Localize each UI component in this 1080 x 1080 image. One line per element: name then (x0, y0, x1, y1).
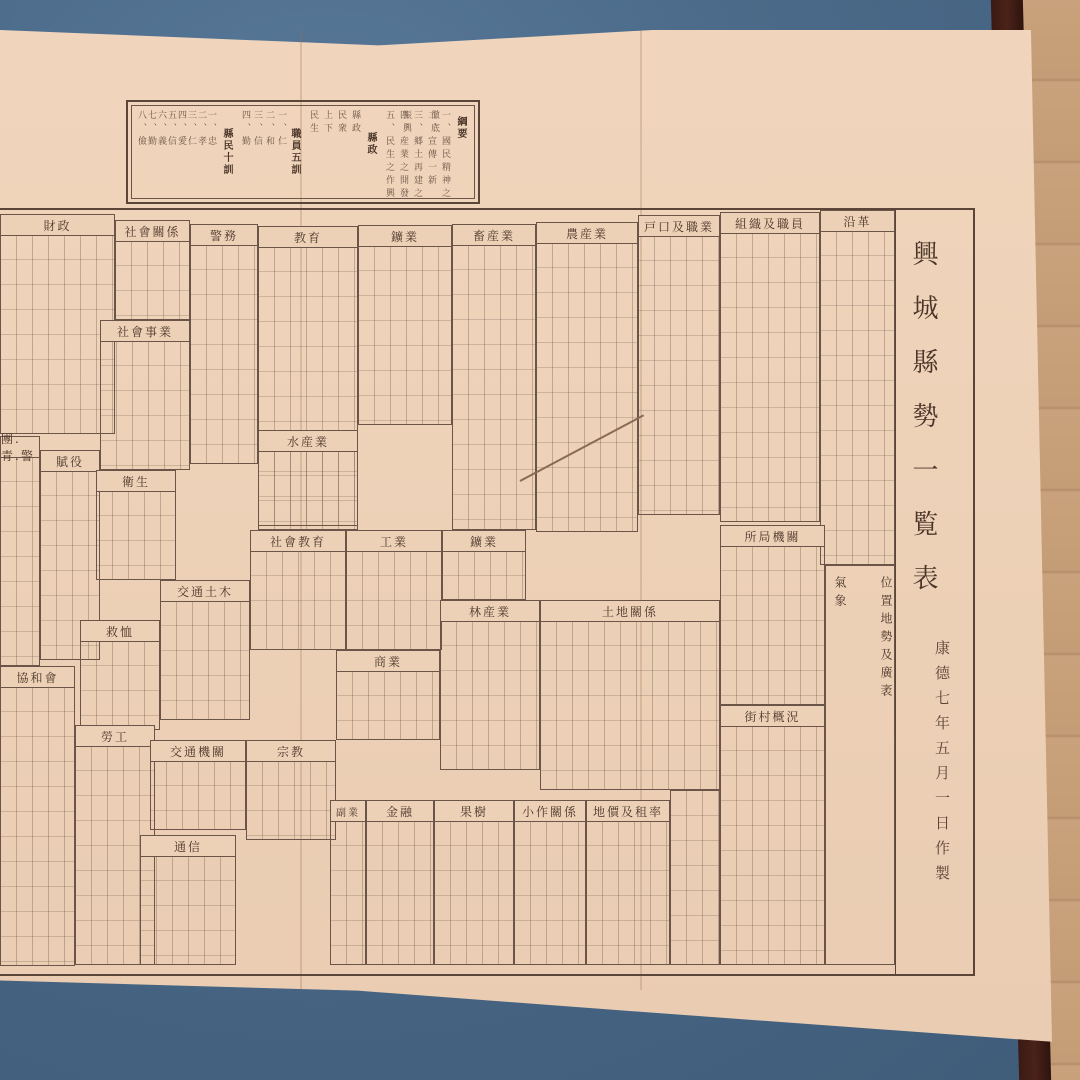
section-relief: 救恤 (80, 620, 160, 730)
section-header: 林産業 (441, 601, 539, 622)
section-header: 果樹 (435, 801, 513, 822)
legend-item: 六、義 (155, 110, 166, 149)
section-agencies: 所局機關 (720, 525, 825, 705)
section-tenant-households (670, 790, 720, 965)
legend-item: 七、勤 (145, 110, 156, 149)
section-social-education: 社會教育 (250, 530, 346, 650)
section-history: 沿革 (820, 210, 895, 565)
section-header: 戸口及職業 (639, 216, 719, 237)
section-header: 勞工 (76, 726, 154, 747)
section-header: 工業 (347, 531, 441, 552)
section-header: 社會關係 (116, 221, 189, 242)
section-religion: 宗教 (246, 740, 336, 840)
section-commerce: 商業 (336, 650, 440, 740)
legend-heading-citizen-ten: 縣民十訓 (219, 128, 234, 176)
legend-item: 四、愛 (175, 110, 186, 149)
legend-item: 五、民生之作興 (383, 110, 394, 201)
section-header: 賦役 (41, 451, 99, 472)
legend-box: 綱要 一、國民精神之徹底 二、宣傳一新 三、郷土再建之振興 四、産業之開發 五、… (126, 100, 480, 204)
section-social-work: 社會事業 (100, 320, 190, 470)
section-header: 金融 (367, 801, 433, 822)
section-header: 商業 (337, 651, 439, 672)
section-header: 交通土木 (161, 581, 249, 602)
legend-item: 民生 (307, 110, 318, 136)
section-header: 街村概況 (721, 706, 824, 727)
section-header: 鑛業 (443, 531, 525, 552)
legend-item: 二、和 (263, 110, 274, 149)
section-header: 救恤 (81, 621, 159, 642)
legend-item: 四、産業之開發 (397, 110, 408, 201)
legend-heading-outline: 綱要 (453, 116, 468, 140)
section-finance-banking: 金融 (366, 800, 434, 965)
section-fisheries: 水産業 (258, 430, 358, 530)
section-social-relations: 社會關係 (115, 220, 190, 320)
document-title: 興城縣勢一覧表 (905, 240, 942, 618)
section-mining-2: 鑛業 (442, 530, 526, 600)
section-town-village-overview: 街村概況 (720, 705, 825, 965)
section-header: 團.青.警 (1, 437, 39, 458)
legend-item: 五、信 (165, 110, 176, 149)
section-header: 教育 (259, 227, 357, 248)
section-header-weather: 氣象 (832, 576, 849, 612)
legend-item: 四、勤 (239, 110, 250, 149)
section-forestry: 林産業 (440, 600, 540, 770)
section-finance: 財政 (0, 214, 115, 434)
section-header: 宗教 (247, 741, 335, 762)
section-header: 沿革 (821, 211, 894, 232)
section-side-business: 副業 (330, 800, 366, 965)
section-concordia: 協和會 (0, 666, 75, 966)
section-location-area: 位置地勢及廣袤 氣象 (825, 565, 895, 965)
section-header: 畜産業 (453, 225, 535, 246)
legend-item: 一、仁 (275, 110, 286, 149)
section-youth-groups: 團.青.警 (0, 436, 40, 666)
section-organization-staff: 組織及職員 (720, 212, 820, 522)
section-industry: 工業 (346, 530, 442, 650)
section-land-price-rent: 地價及租率 (586, 800, 670, 965)
legend-heading-staff-five: 職員五訓 (287, 128, 302, 176)
section-header: 警務 (191, 225, 257, 246)
legend-item: 一、忠 (205, 110, 216, 149)
section-transport-civil: 交通土木 (160, 580, 250, 720)
section-households-occupations: 戸口及職業 (638, 215, 720, 515)
section-header: 社會事業 (101, 321, 189, 342)
section-header: 組織及職員 (721, 213, 819, 234)
section-police: 警務 (190, 224, 258, 464)
section-header: 財政 (1, 215, 114, 236)
section-land: 土地關係 (540, 600, 720, 790)
section-agriculture: 農産業 (536, 222, 638, 532)
section-header: 所局機關 (721, 526, 824, 547)
legend-item: 三、信 (251, 110, 262, 149)
section-header: 鑛業 (359, 226, 451, 247)
legend-item: 上下 (321, 110, 332, 136)
section-header: 農産業 (537, 223, 637, 244)
section-communications: 通信 (140, 835, 236, 965)
legend-item: 八、儉 (135, 110, 146, 149)
section-header: 土地關係 (541, 601, 719, 622)
section-header: 副業 (331, 801, 365, 822)
section-header: 水産業 (259, 431, 357, 452)
section-header: 社會教育 (251, 531, 345, 552)
section-header: 通信 (141, 836, 235, 857)
section-tenancy: 小作關係 (514, 800, 586, 965)
section-header: 協和會 (1, 667, 74, 688)
section-mining: 鑛業 (358, 225, 452, 425)
section-header: 地價及租率 (587, 801, 669, 822)
section-header: 小作關係 (515, 801, 585, 822)
section-hygiene: 衛生 (96, 470, 176, 580)
legend-item: 二、孝 (195, 110, 206, 149)
section-transport-agencies: 交通機關 (150, 740, 246, 830)
legend-item: 縣政 (349, 110, 360, 136)
legend-item: 民衆 (335, 110, 346, 136)
legend-heading-policy: 縣政 (363, 132, 378, 156)
section-livestock: 畜産業 (452, 224, 536, 530)
section-header: 衛生 (97, 471, 175, 492)
section-header: 交通機關 (151, 741, 245, 762)
document-date: 康德七年五月一日作製 (932, 640, 953, 890)
legend-item: 三、仁 (185, 110, 196, 149)
legend-item: 二、宣傳一新 (425, 110, 436, 188)
section-header: 位置地勢及廣袤 (878, 576, 895, 702)
section-fruit-trees: 果樹 (434, 800, 514, 965)
